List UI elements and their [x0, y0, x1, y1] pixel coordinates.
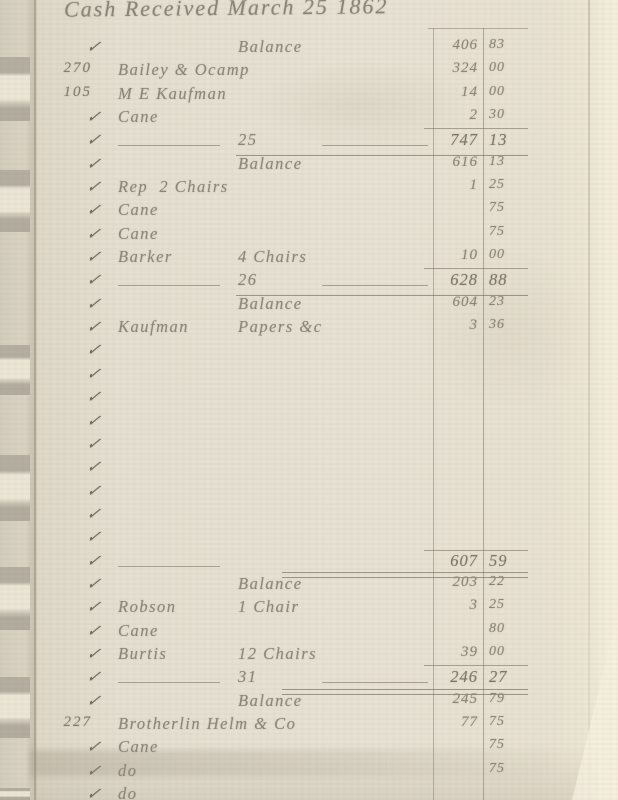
row-center-label: Papers &c [238, 317, 323, 337]
amount-cents: 75 [489, 200, 531, 216]
row-description: Barker [118, 247, 173, 267]
rule-left [118, 285, 220, 286]
ledger-row: ✓ Balance 203 22 [0, 574, 618, 597]
check-mark-icon: ✓ [85, 434, 103, 454]
amount-cents: 25 [489, 177, 531, 193]
amount-cents: 80 [489, 621, 531, 637]
row-center-label: Balance [238, 574, 303, 594]
amount-dollars: 203 [428, 574, 478, 591]
row-center-label: 31 [238, 667, 258, 687]
ledger-row: ✓ [0, 411, 618, 434]
check-mark-icon: ✓ [85, 364, 103, 384]
check-mark-icon: ✓ [85, 411, 103, 431]
ledger-row: ✓ [0, 387, 618, 410]
amount-dollars: 604 [428, 294, 478, 311]
smudge-stain [30, 750, 570, 776]
ledger-row: ✓ Cane 75 [0, 200, 618, 223]
check-mark-icon: ✓ [85, 387, 103, 407]
ledger-row: ✓ do [0, 784, 618, 800]
ledger-row: ✓ Kaufman Papers &c 3 36 [0, 317, 618, 340]
row-center-label: 12 Chairs [238, 644, 317, 664]
ledger-row: 270 Bailey & Ocamp 324 00 [0, 60, 618, 83]
ledger-row: 105 M E Kaufman 14 00 [0, 84, 618, 107]
row-description: do [118, 784, 138, 800]
amount-dollars: 1 [428, 177, 478, 194]
ledger-row: ✓ [0, 527, 618, 550]
amount-dollars: 3 [428, 597, 478, 614]
row-center-label: Balance [238, 294, 303, 314]
ledger-row: ✓ 26 628 88 [0, 270, 618, 293]
check-mark-icon: ✓ [85, 154, 103, 174]
amount-dollars: 77 [428, 714, 478, 731]
check-mark-icon: ✓ [85, 574, 103, 594]
row-description: M E Kaufman [118, 84, 227, 104]
amount-cents: 25 [489, 597, 531, 613]
amount-cents: 22 [489, 574, 531, 590]
amount-dollars: 246 [428, 667, 478, 687]
amount-cents: 75 [489, 714, 531, 730]
amount-dollars: 39 [428, 644, 478, 661]
ledger-row: ✓ Balance 245 79 [0, 691, 618, 714]
amount-dollars: 628 [428, 270, 478, 290]
amount-column-top-rule [428, 28, 528, 29]
check-mark-icon: ✓ [85, 177, 103, 197]
row-description: Bailey & Ocamp [118, 60, 250, 80]
row-center-label: Balance [238, 154, 303, 174]
amount-cents: 79 [489, 691, 531, 707]
check-mark-icon: ✓ [85, 200, 103, 220]
ledger-row: ✓ Robson 1 Chair 3 25 [0, 597, 618, 620]
rule-left [118, 566, 220, 567]
row-description: Cane [118, 107, 159, 127]
amount-cents: 00 [489, 84, 531, 100]
ledger-row: ✓ Cane 2 30 [0, 107, 618, 130]
ledger-rows: ✓ Balance 406 83 270 Bailey & Ocamp 324 … [0, 37, 618, 800]
amount-dollars: 616 [428, 154, 478, 171]
check-mark-icon: ✓ [85, 621, 103, 641]
rule-right [322, 682, 428, 683]
check-mark-icon: ✓ [85, 784, 103, 800]
row-description: Kaufman [118, 317, 189, 337]
ledger-row: ✓ Balance 604 23 [0, 294, 618, 317]
check-mark-icon: ✓ [85, 107, 103, 127]
rule-left [118, 145, 220, 146]
amount-cents: 13 [489, 130, 531, 150]
check-mark-icon: ✓ [85, 270, 103, 290]
row-description: Robson [118, 597, 177, 617]
amount-dollars: 14 [428, 84, 478, 101]
check-mark-icon: ✓ [85, 457, 103, 477]
check-mark-icon: ✓ [85, 224, 103, 244]
row-center-label: 4 Chairs [238, 247, 307, 267]
row-description: Cane [118, 621, 159, 641]
ledger-row: ✓ [0, 481, 618, 504]
check-mark-icon: ✓ [85, 691, 103, 711]
amount-dollars: 747 [428, 130, 478, 150]
row-number: 227 [36, 714, 92, 731]
amount-cents: 00 [489, 247, 531, 263]
row-description: Cane [118, 224, 159, 244]
ledger-row: ✓ Rep 2 Chairs 1 25 [0, 177, 618, 200]
amount-dollars: 2 [428, 107, 478, 124]
ledger-row: ✓ 31 246 27 [0, 667, 618, 690]
amount-cents: 59 [489, 551, 531, 571]
row-center-label: Balance [238, 37, 303, 57]
rule-right [322, 285, 428, 286]
ledger-row: ✓ [0, 434, 618, 457]
check-mark-icon: ✓ [85, 667, 103, 687]
row-center-label: Balance [238, 691, 303, 711]
amount-cents: 88 [489, 270, 531, 290]
rule-right [322, 145, 428, 146]
check-mark-icon: ✓ [85, 527, 103, 547]
check-mark-icon: ✓ [85, 294, 103, 314]
amount-cents: 00 [489, 60, 531, 76]
amount-dollars: 3 [428, 317, 478, 334]
check-mark-icon: ✓ [85, 130, 103, 150]
row-description: Burtis [118, 644, 167, 664]
row-number: 105 [36, 84, 92, 101]
row-number: 270 [36, 60, 92, 77]
ledger-row: ✓ Burtis 12 Chairs 39 00 [0, 644, 618, 667]
ledger-row: ✓ [0, 504, 618, 527]
amount-cents: 36 [489, 317, 531, 333]
check-mark-icon: ✓ [85, 644, 103, 664]
ledger-row: ✓ Barker 4 Chairs 10 00 [0, 247, 618, 270]
ledger-row: ✓ Balance 406 83 [0, 37, 618, 60]
page-title: Cash Received March 25 1862 [64, 0, 564, 23]
amount-dollars: 324 [428, 60, 478, 77]
amount-cents: 13 [489, 154, 531, 170]
check-mark-icon: ✓ [85, 597, 103, 617]
ledger-row: ✓ [0, 340, 618, 363]
ledger-row: ✓ [0, 364, 618, 387]
ledger-row: ✓ Cane 75 [0, 224, 618, 247]
amount-cents: 30 [489, 107, 531, 123]
check-mark-icon: ✓ [85, 317, 103, 337]
row-center-label: 1 Chair [238, 597, 299, 617]
amount-cents: 27 [489, 667, 531, 687]
amount-cents: 00 [489, 644, 531, 660]
amount-cents: 23 [489, 294, 531, 310]
amount-dollars: 10 [428, 247, 478, 264]
check-mark-icon: ✓ [85, 551, 103, 571]
ledger-row: ✓ Balance 616 13 [0, 154, 618, 177]
check-mark-icon: ✓ [85, 504, 103, 524]
ledger-row: ✓ 607 59 [0, 551, 618, 574]
check-mark-icon: ✓ [85, 37, 103, 57]
row-center-label: 26 [238, 270, 258, 290]
check-mark-icon: ✓ [85, 481, 103, 501]
amount-dollars: 607 [428, 551, 478, 571]
ledger-row: ✓ Cane 80 [0, 621, 618, 644]
row-description: Cane [118, 200, 159, 220]
rule-left [118, 682, 220, 683]
page-corner [572, 610, 618, 800]
amount-dollars: 245 [428, 691, 478, 708]
amount-dollars: 406 [428, 37, 478, 54]
amount-cents: 75 [489, 224, 531, 240]
ledger-row: ✓ 25 747 13 [0, 130, 618, 153]
ledger-row: 227 Brotherlin Helm & Co 77 75 [0, 714, 618, 737]
row-description: Brotherlin Helm & Co [118, 714, 296, 734]
scanned-ledger-page: Cash Received March 25 1862 ✓ Balance 40… [0, 0, 618, 800]
check-mark-icon: ✓ [85, 247, 103, 267]
check-mark-icon: ✓ [85, 340, 103, 360]
amount-cents: 83 [489, 37, 531, 53]
row-center-label: 25 [238, 130, 258, 150]
ledger-row: ✓ [0, 457, 618, 480]
row-description: Rep 2 Chairs [118, 177, 229, 197]
